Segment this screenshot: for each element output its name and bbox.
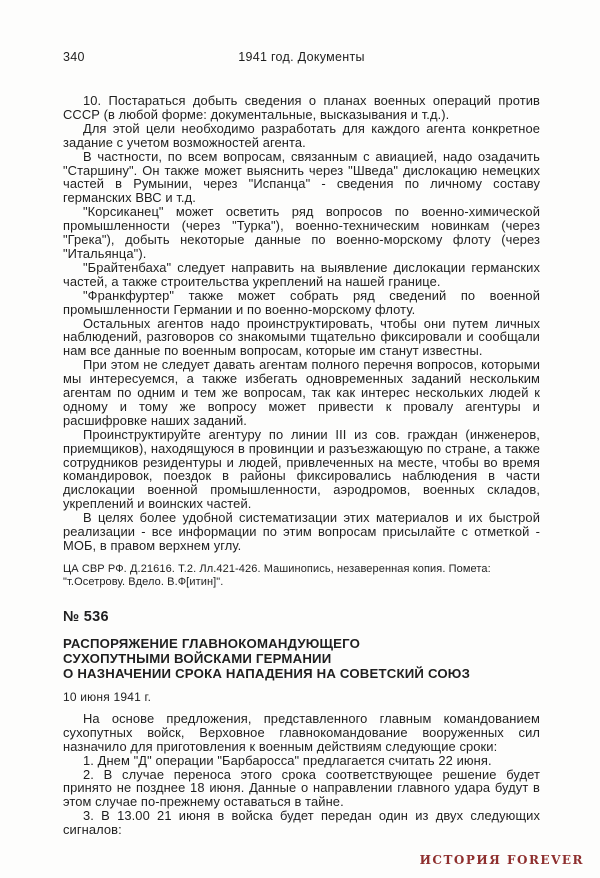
paragraph: В целях более удобной систематизации эти… <box>63 511 540 553</box>
document-title: РАСПОРЯЖЕНИЕ ГЛАВНОКОМАНДУЮЩЕГО СУХОПУТН… <box>63 636 540 681</box>
running-head: 340 1941 год. Документы <box>63 50 540 66</box>
document-date: 10 июня 1941 г. <box>63 690 540 704</box>
paragraph: На основе предложения, представленного г… <box>63 712 540 754</box>
paragraph: 1. Днем "Д" операции "Барбаросса" предла… <box>63 754 540 768</box>
paragraph: 3. В 13.00 21 июня в войска будет переда… <box>63 809 540 837</box>
running-title: 1941 год. Документы <box>63 50 540 64</box>
paragraph: При этом не следует давать агентам полно… <box>63 358 540 428</box>
document-536-body: На основе предложения, представленного г… <box>63 712 540 837</box>
paragraph: 2. В случае переноса этого срока соответ… <box>63 768 540 810</box>
document-number: № 536 <box>63 609 540 625</box>
document-title-line: РАСПОРЯЖЕНИЕ ГЛАВНОКОМАНДУЮЩЕГО <box>63 636 540 651</box>
paragraph: Для этой цели необходимо разработать для… <box>63 122 540 150</box>
book-page: 340 1941 год. Документы 10. Постараться … <box>0 0 600 878</box>
watermark: ИСТОРИЯ FOREVER <box>420 853 584 867</box>
document-title-line: СУХОПУТНЫМИ ВОЙСКАМИ ГЕРМАНИИ <box>63 651 540 666</box>
paragraph: "Франкфуртер" также может собрать ряд св… <box>63 289 540 317</box>
paragraph: В частности, по всем вопросам, связанным… <box>63 150 540 206</box>
document-excerpt-body: 10. Постараться добыть сведения о планах… <box>63 94 540 553</box>
paragraph: Проинструктируйте агентуру по линии III … <box>63 428 540 511</box>
archive-source-note: ЦА СВР РФ. Д.21616. Т.2. Лл.421-426. Маш… <box>63 563 540 590</box>
paragraph: "Корсиканец" может осветить ряд вопросов… <box>63 205 540 261</box>
paragraph: "Брайтенбаха" следует направить на выявл… <box>63 261 540 289</box>
paragraph: 10. Постараться добыть сведения о планах… <box>63 94 540 122</box>
document-title-line: О НАЗНАЧЕНИИ СРОКА НАПАДЕНИЯ НА СОВЕТСКИ… <box>63 666 540 681</box>
paragraph: Остальных агентов надо проинструктироват… <box>63 317 540 359</box>
